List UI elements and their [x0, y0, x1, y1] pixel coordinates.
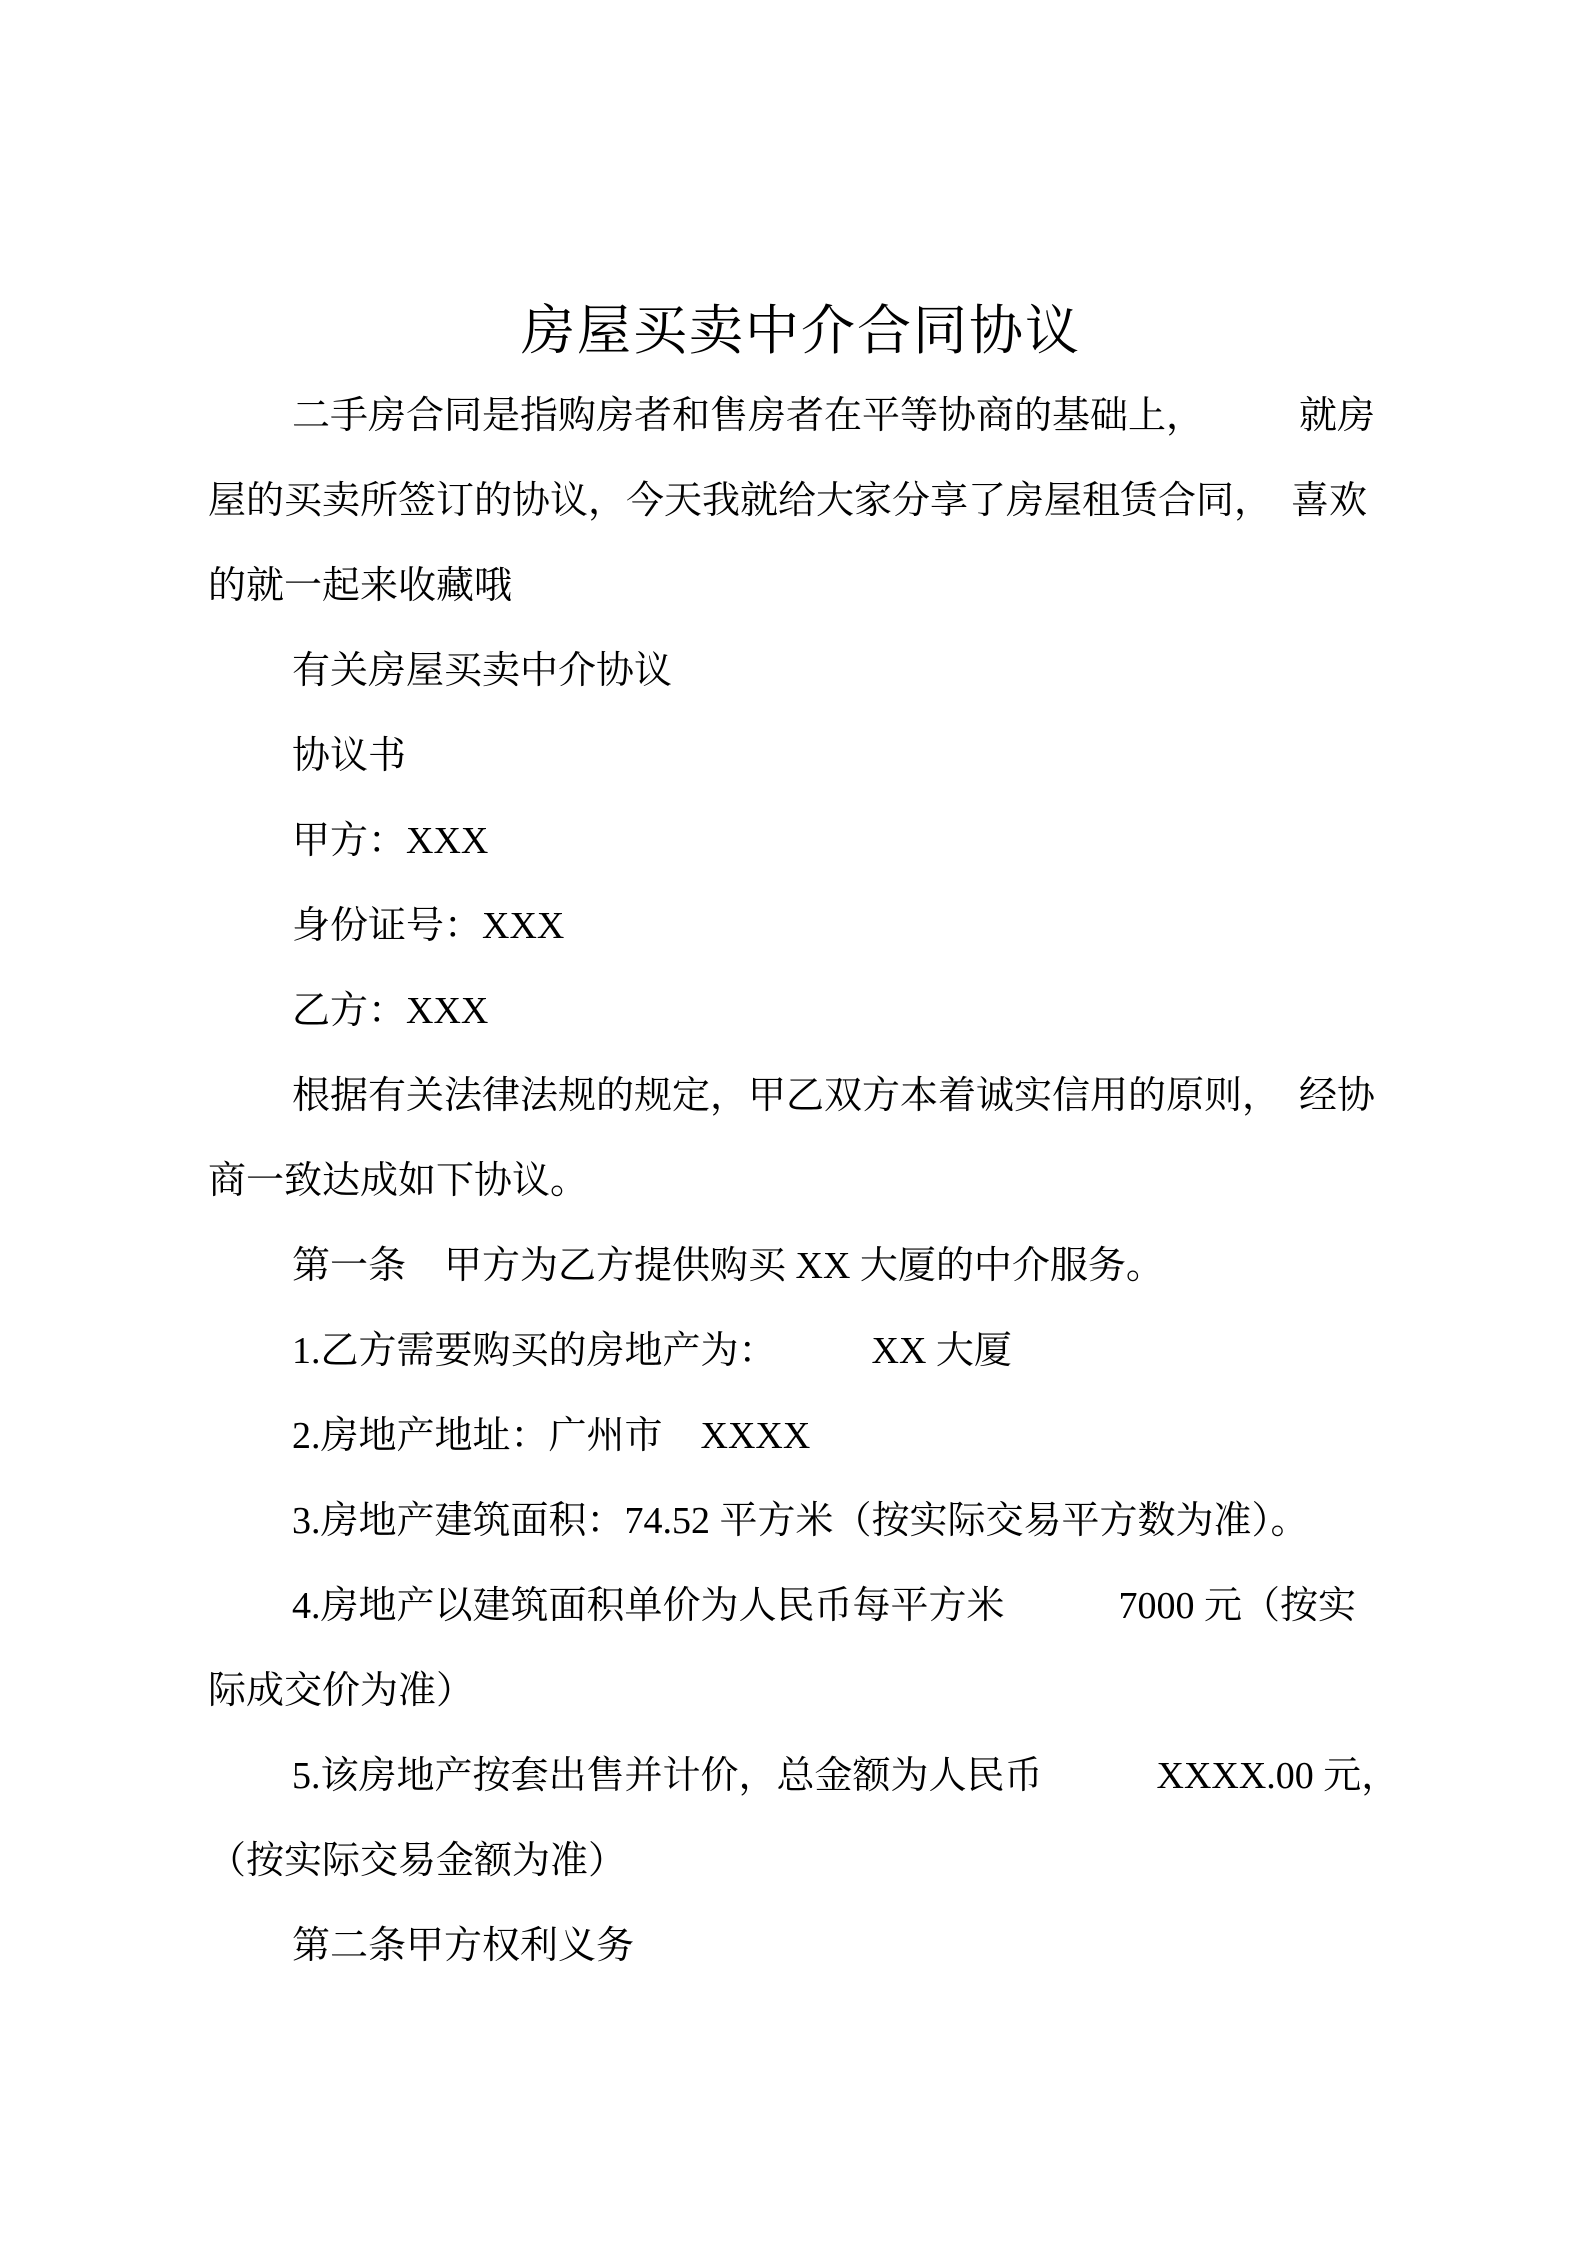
- document-line: 根据有关法律法规的规定，甲乙双方本着诚实信用的原则， 经协: [208, 1054, 1394, 1139]
- document-line: 屋的买卖所签订的协议，今天我就给大家分享了房屋租赁合同， 喜欢: [208, 459, 1394, 544]
- document-content: 房屋买卖中介合同协议 二手房合同是指购房者和售房者在平等协商的基础上， 就房屋的…: [0, 0, 1594, 1989]
- document-line: 3.房地产建筑面积：74.52 平方米（按实际交易平方数为准）。: [208, 1479, 1394, 1564]
- document-body: 二手房合同是指购房者和售房者在平等协商的基础上， 就房屋的买卖所签订的协议，今天…: [208, 374, 1394, 1989]
- document-title: 房屋买卖中介合同协议: [208, 300, 1394, 362]
- document-line: 1.乙方需要购买的房地产为： XX 大厦: [208, 1309, 1394, 1394]
- document-line: 第一条 甲方为乙方提供购买 XX 大厦的中介服务。: [208, 1224, 1394, 1309]
- document-line: 2.房地产地址：广州市 XXXX: [208, 1394, 1394, 1479]
- document-line: 际成交价为准）: [208, 1649, 1394, 1734]
- document-line: 5.该房地产按套出售并计价，总金额为人民币 XXXX.00 元，: [208, 1734, 1394, 1819]
- document-line: 的就一起来收藏哦: [208, 544, 1394, 629]
- document-line: 甲方：XXX: [208, 799, 1394, 884]
- document-line: 第二条甲方权利义务: [208, 1904, 1394, 1989]
- document-line: 二手房合同是指购房者和售房者在平等协商的基础上， 就房: [208, 374, 1394, 459]
- document-line: 身份证号：XXX: [208, 884, 1394, 969]
- document-line: 协议书: [208, 714, 1394, 799]
- document-page: 房屋买卖中介合同协议 二手房合同是指购房者和售房者在平等协商的基础上， 就房屋的…: [0, 0, 1594, 2256]
- document-line: 乙方：XXX: [208, 969, 1394, 1054]
- document-line: 商一致达成如下协议。: [208, 1139, 1394, 1224]
- document-line: （按实际交易金额为准）: [208, 1819, 1394, 1904]
- document-line: 有关房屋买卖中介协议: [208, 629, 1394, 714]
- document-line: 4.房地产以建筑面积单价为人民币每平方米 7000 元（按实: [208, 1564, 1394, 1649]
